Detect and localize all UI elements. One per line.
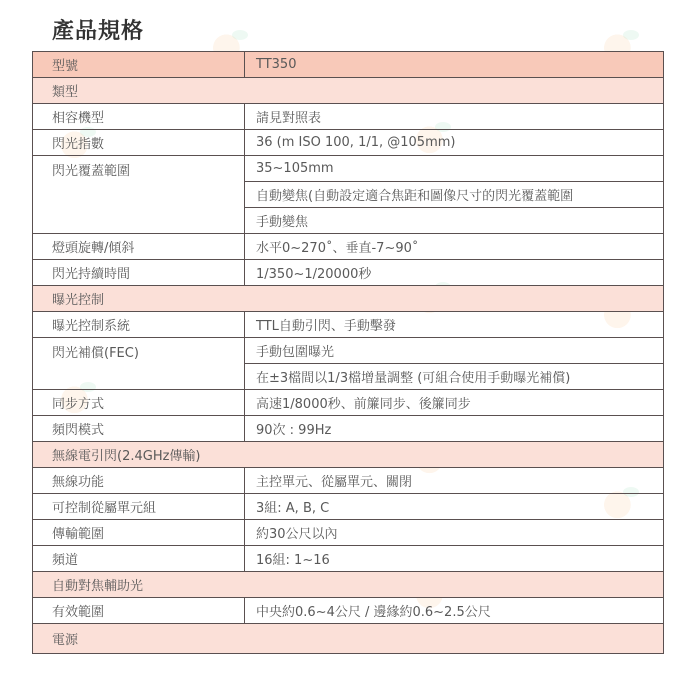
row-value: 高速1/8000秒、前簾同步、後簾同步 bbox=[245, 390, 664, 416]
section-row-wireless: 無線電引閃(2.4GHz傳輸) bbox=[33, 442, 664, 468]
section-title: 電源 bbox=[33, 624, 664, 654]
row-value: 36 (m ISO 100, 1/1, @105mm) bbox=[245, 130, 664, 156]
row-value: 水平0~270˚、垂直-7~90˚ bbox=[245, 234, 664, 260]
table-row: 相容機型 請見對照表 bbox=[33, 104, 664, 130]
row-label: 可控制從屬單元組 bbox=[33, 494, 245, 520]
model-value: TT350 bbox=[245, 52, 664, 78]
row-label: 閃光覆蓋範圍 bbox=[33, 156, 245, 234]
section-title: 無線電引閃(2.4GHz傳輸) bbox=[33, 442, 664, 468]
row-value: 35~105mm bbox=[245, 156, 664, 182]
section-title: 類型 bbox=[33, 78, 664, 104]
row-value: 90次 : 99Hz bbox=[245, 416, 664, 442]
table-row: 閃光覆蓋範圍 35~105mm bbox=[33, 156, 664, 182]
row-label: 同步方式 bbox=[33, 390, 245, 416]
spec-table: 型號 TT350 類型 相容機型 請見對照表 閃光指數 36 (m ISO 10… bbox=[32, 51, 664, 654]
table-header-row: 型號 TT350 bbox=[33, 52, 664, 78]
table-row: 閃光補償(FEC) 手動包圍曝光 bbox=[33, 338, 664, 364]
row-label: 閃光指數 bbox=[33, 130, 245, 156]
row-value: 1/350~1/20000秒 bbox=[245, 260, 664, 286]
table-row: 燈頭旋轉/傾斜 水平0~270˚、垂直-7~90˚ bbox=[33, 234, 664, 260]
row-value: 手動變焦 bbox=[245, 208, 664, 234]
row-value: 自動變焦(自動設定適合焦距和圖像尺寸的閃光覆蓋範圍 bbox=[245, 182, 664, 208]
table-row: 閃光指數 36 (m ISO 100, 1/1, @105mm) bbox=[33, 130, 664, 156]
section-row-power: 電源 bbox=[33, 624, 664, 654]
section-row-type: 類型 bbox=[33, 78, 664, 104]
page-title: 產品規格 bbox=[52, 14, 144, 45]
row-label: 燈頭旋轉/傾斜 bbox=[33, 234, 245, 260]
row-value: 約30公尺以內 bbox=[245, 520, 664, 546]
row-value: 主控單元、從屬單元、關閉 bbox=[245, 468, 664, 494]
row-label: 相容機型 bbox=[33, 104, 245, 130]
model-label: 型號 bbox=[33, 52, 245, 78]
table-row: 傳輸範圍 約30公尺以內 bbox=[33, 520, 664, 546]
row-label: 頻道 bbox=[33, 546, 245, 572]
row-value: 請見對照表 bbox=[245, 104, 664, 130]
section-title: 自動對焦輔助光 bbox=[33, 572, 664, 598]
table-row: 有效範圍 中央約0.6~4公尺 / 邊緣約0.6~2.5公尺 bbox=[33, 598, 664, 624]
table-row: 可控制從屬單元組 3組: A, B, C bbox=[33, 494, 664, 520]
section-row-af-assist: 自動對焦輔助光 bbox=[33, 572, 664, 598]
row-label: 無線功能 bbox=[33, 468, 245, 494]
table-row: 曝光控制系統 TTL自動引閃、手動擊發 bbox=[33, 312, 664, 338]
row-value: 3組: A, B, C bbox=[245, 494, 664, 520]
row-value: TTL自動引閃、手動擊發 bbox=[245, 312, 664, 338]
table-row: 頻道 16組: 1~16 bbox=[33, 546, 664, 572]
row-value: 16組: 1~16 bbox=[245, 546, 664, 572]
section-title: 曝光控制 bbox=[33, 286, 664, 312]
row-value: 在±3檔間以1/3檔增量調整 (可組合使用手動曝光補償) bbox=[245, 364, 664, 390]
row-value: 手動包圍曝光 bbox=[245, 338, 664, 364]
table-row: 同步方式 高速1/8000秒、前簾同步、後簾同步 bbox=[33, 390, 664, 416]
row-label: 傳輸範圍 bbox=[33, 520, 245, 546]
row-label: 閃光持續時間 bbox=[33, 260, 245, 286]
table-row: 閃光持續時間 1/350~1/20000秒 bbox=[33, 260, 664, 286]
row-value: 中央約0.6~4公尺 / 邊緣約0.6~2.5公尺 bbox=[245, 598, 664, 624]
row-label: 曝光控制系統 bbox=[33, 312, 245, 338]
table-row: 無線功能 主控單元、從屬單元、關閉 bbox=[33, 468, 664, 494]
row-label: 有效範圍 bbox=[33, 598, 245, 624]
section-row-exposure: 曝光控制 bbox=[33, 286, 664, 312]
row-label: 頻閃模式 bbox=[33, 416, 245, 442]
row-label: 閃光補償(FEC) bbox=[33, 338, 245, 390]
table-row: 頻閃模式 90次 : 99Hz bbox=[33, 416, 664, 442]
